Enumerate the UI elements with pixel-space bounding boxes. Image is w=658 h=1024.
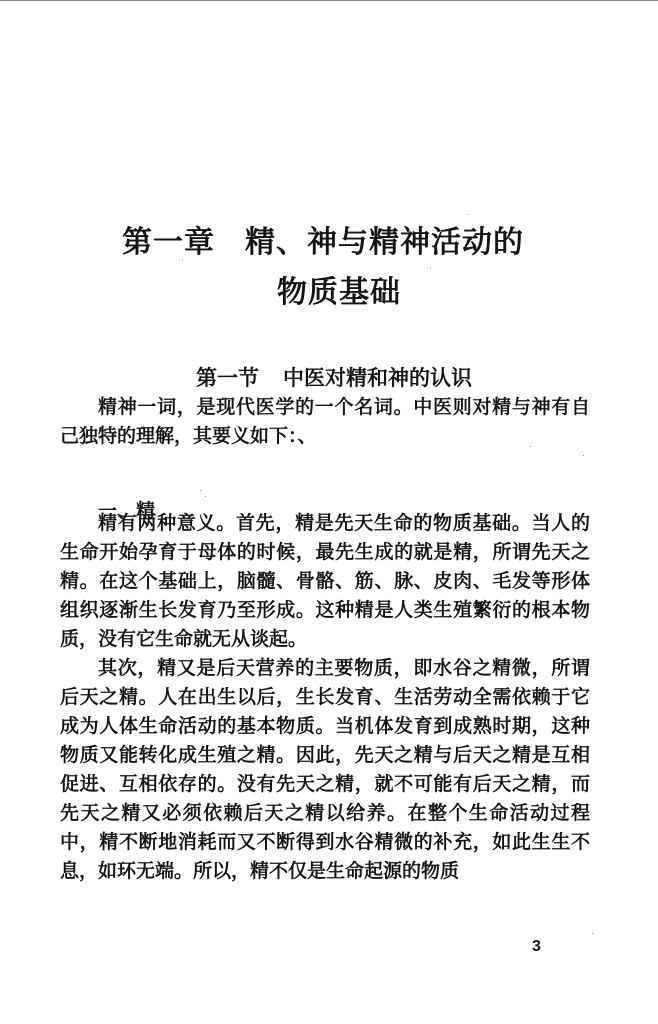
section-title: 第一节中医对精和神的认识 <box>0 363 658 393</box>
page-number: 3 <box>532 938 541 956</box>
scan-speck <box>430 268 431 269</box>
chapter-label: 第一章 <box>122 225 215 260</box>
page-top-border <box>0 0 658 1</box>
intro-paragraph: 精神一词，是现代医学的一个名词。中医则对精与神有自己独特的理解，其要义如下：、 <box>60 393 590 451</box>
section-label: 第一节 <box>196 365 259 390</box>
scan-speck <box>592 933 593 934</box>
scan-speck <box>530 446 531 447</box>
chapter-title-line-2: 物质基础 <box>0 268 658 318</box>
main-text-block: 精有两种意义。首先，精是先天生命的物质基础。当人的生命开始孕育于母体的时候，最先… <box>60 509 590 886</box>
paragraph-2: 其次，精又是后天营养的主要物质，即水谷之精微，所谓后天之精。人在出生以后，生长发… <box>60 654 590 886</box>
scan-speck <box>583 455 584 456</box>
scan-speck <box>468 214 469 215</box>
chapter-title-text: 精、神与精神活动的 <box>245 225 524 260</box>
scan-speck <box>200 490 201 491</box>
section-title-text: 中医对精和神的认识 <box>283 365 472 390</box>
scan-speck <box>182 260 183 261</box>
paragraph-1: 精有两种意义。首先，精是先天生命的物质基础。当人的生命开始孕育于母体的时候，最先… <box>60 509 590 654</box>
chapter-title-line-1: 第一章精、神与精神活动的 <box>0 218 658 268</box>
chapter-title: 第一章精、神与精神活动的 物质基础 <box>0 218 658 318</box>
scan-speck <box>205 496 206 497</box>
intro-paragraph-block: 精神一词，是现代医学的一个名词。中医则对精与神有自己独特的理解，其要义如下：、 <box>60 393 590 451</box>
